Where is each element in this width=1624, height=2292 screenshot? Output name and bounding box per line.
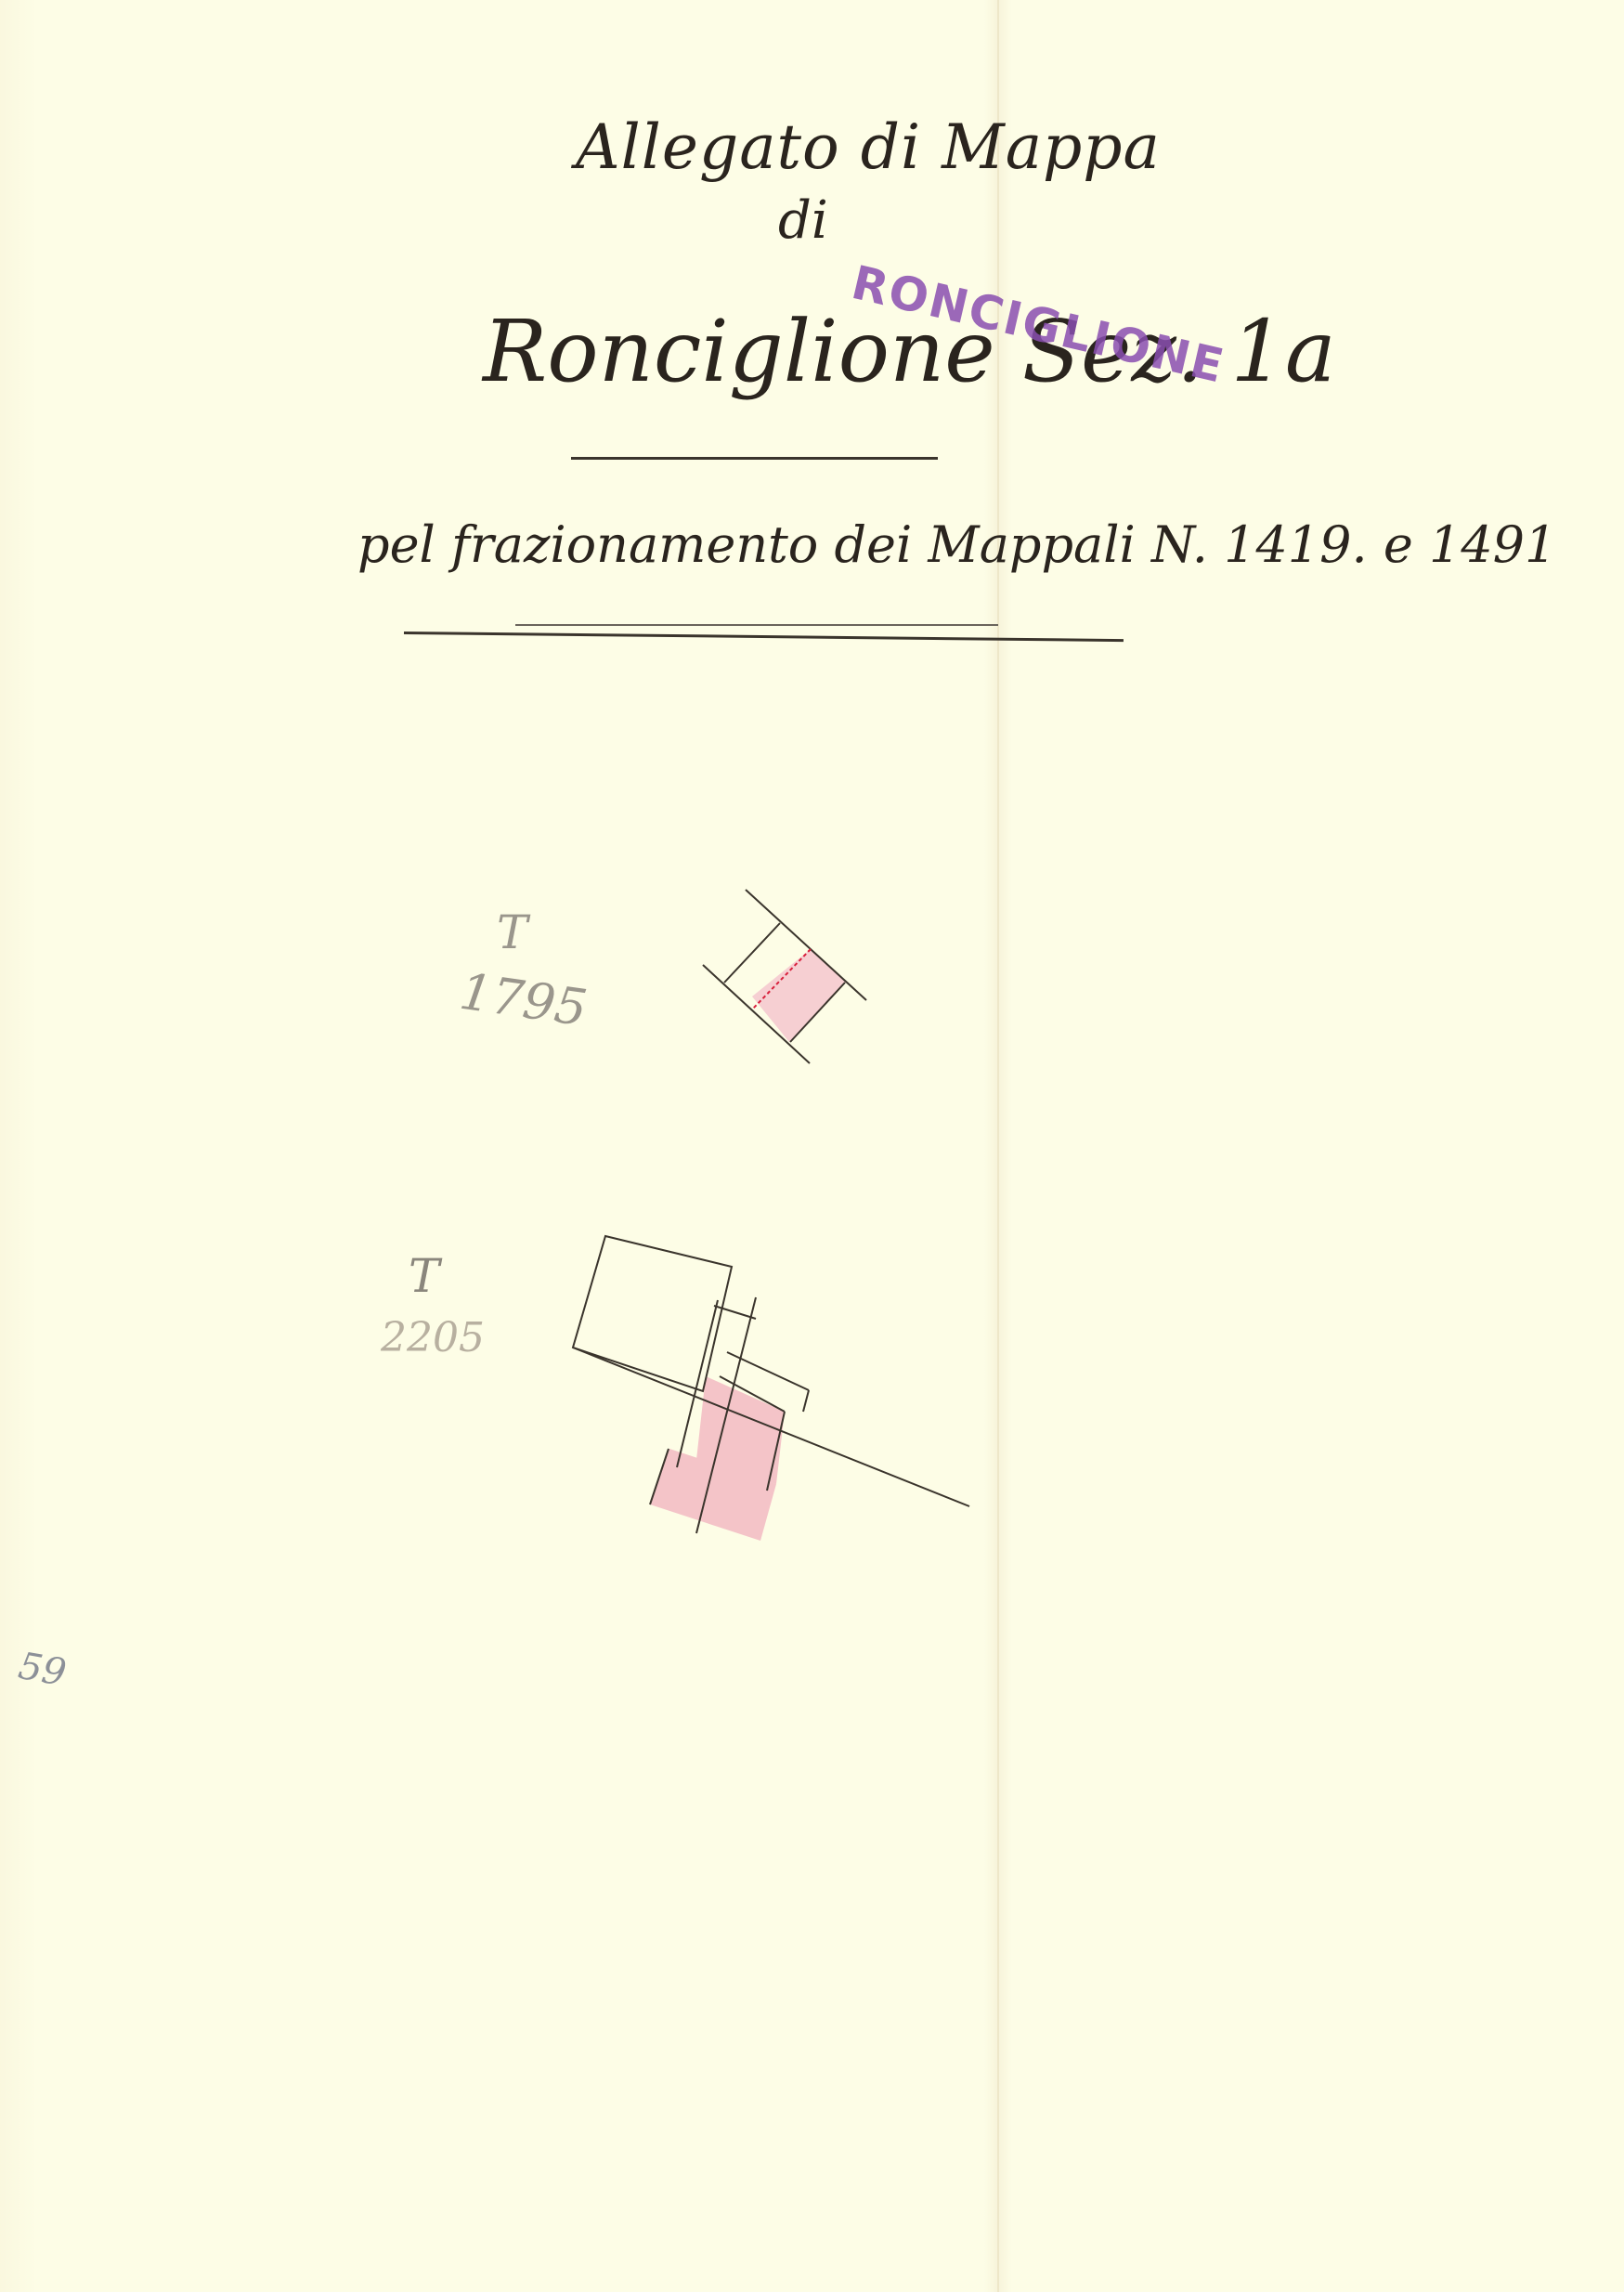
parcel-boundary-line	[727, 1352, 809, 1390]
neighbor-building-outline	[573, 1236, 732, 1391]
document-page: Allegato di Mappa di Ronciglione Sez. 1a…	[0, 0, 1624, 2292]
parcel-1491-group	[573, 1236, 980, 1547]
cadastral-map-drawing	[0, 0, 1624, 2292]
parcel-1419-group	[703, 890, 866, 1063]
parcel-boundary-line	[724, 923, 780, 983]
parcel-boundary-line	[803, 1390, 809, 1412]
